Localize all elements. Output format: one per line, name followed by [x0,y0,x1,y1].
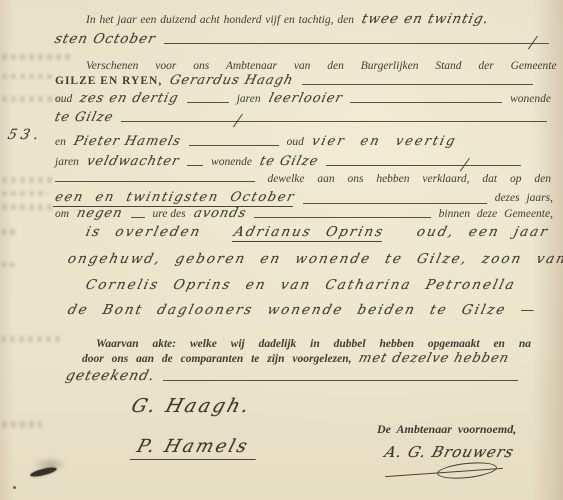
signature-witness1: G. Haagh. [129,395,254,417]
filler-rule [187,102,229,103]
declaration-intro-line: dewelke aan ons hebben verklaard, dat op… [55,173,551,185]
official-title-label: De Ambtenaar voornoemd, [377,422,516,436]
declarant2-details-line: jaren veldwachter wonende te Gilze [55,154,521,169]
dewelke-printed-text: dewelke aan ons hebben verklaard, dat op… [267,173,551,185]
filler-rule [121,121,547,122]
deceased-line3: Cornelis Oprins en van Catharina Petrone… [86,277,503,293]
death-date-line: een en twintigsten October dezes jaars, [55,190,553,207]
bleedthrough-mark [2,204,54,210]
deceased-name: Adrianus Oprins [232,224,386,242]
opening-printed-text: In het jaar een duizend acht honderd vij… [86,14,354,26]
handwritten-month: sten October [53,31,158,47]
bleedthrough-mark [2,74,52,79]
deceased-age: oud, een jaar [415,224,551,240]
appeared-printed-text: Verschenen voor ons Ambtenaar van den Bu… [86,60,557,72]
declarant2-residence: te Gilze [258,154,320,169]
filler-rule [303,203,487,204]
parents-names-text: Cornelis Oprins en van Catharina Petrone… [84,277,518,293]
filler-rule [189,145,279,146]
signature-flourish-loop [436,460,497,481]
handwritten-hour: negen [75,206,124,221]
filler-rule [254,217,431,218]
parents-residence-text: de Bont daglooners wonende beiden te Gil… [66,302,538,318]
binnen-gemeente-label: binnen deze Gemeente, [439,208,553,220]
bleedthrough-mark [1,229,19,235]
declarant1-details-line: oud zes en dertig jaren leerlooier wonen… [55,91,551,106]
deceased-line2: ongehuwd, geboren en wonende te Gilze, z… [68,251,547,267]
official-title-line: De Ambtenaar voornoemd, [377,420,516,438]
oud-label: oud [287,136,304,148]
wonende-label: wonende [211,156,252,168]
opening-month-line: sten October [55,31,549,47]
bleedthrough-mark [1,336,61,342]
voorgelezen-text: door ons aan de comparanten te zijn voor… [82,353,351,365]
declarant1-residence: te Gilze [53,110,115,125]
handwritten-met-dezelve: met dezelve hebben [358,351,512,366]
handwritten-geteekend: geteekend. [64,368,157,384]
municipality-label: GILZE EN RYEN, [55,75,162,87]
closing-line1: Waarvan akte: welke wij dadelijk in dubb… [96,334,531,352]
deceased-detail-text: ongehuwd, geboren en wonende te Gilze, z… [66,251,563,267]
jaren-label: jaren [237,93,261,105]
filler-rule [164,43,549,44]
ink-dot [13,486,16,489]
deceased-line4: de Bont daglooners wonende beiden te Gil… [68,302,518,318]
handwritten-daypart: avonds [192,206,248,221]
declarant2-occupation: veldwachter [85,154,181,169]
declarant2-age: vier en veertig [310,134,458,149]
opening-date-line: In het jaar een duizend acht honderd vij… [86,11,551,27]
filler-rule [326,165,521,166]
ure-des-label: ure des [153,208,186,220]
death-certificate-scan: In het jaar een duizend acht honderd vij… [0,0,563,500]
waarvan-akte-text: Waarvan akte: welke wij dadelijk in dubb… [96,338,531,350]
death-hour-line: om negen ure des avonds binnen deze Geme… [55,206,553,221]
filler-rule [55,181,255,182]
handwritten-death-date: een en twintigsten October [53,190,297,207]
declarant1-residence-line: te Gilze [55,110,547,125]
declarant2-name: Pieter Hamels [72,134,183,149]
deceased-line1: is overleden Adrianus Oprins oud, een ja… [86,224,549,242]
filler-rule [187,165,203,166]
bleedthrough-mark [2,191,48,196]
overleden-text: is overleden [84,224,203,240]
wonende-label: wonende [510,93,551,105]
closing-line2: door ons aan de comparanten te zijn voor… [82,351,551,366]
jaren-label: jaren [55,156,79,168]
bleedthrough-mark [2,96,60,102]
en-label: en [55,136,66,148]
filler-rule [163,380,518,381]
signature-witness2: P. Hamels [130,436,262,460]
signature-official: A. G. Brouwers [382,443,516,461]
oud-label: oud [55,93,72,105]
bleedthrough-mark [2,177,54,183]
declarant1-name-line: GILZE EN RYEN, Gerardus Haagh [55,73,533,88]
filler-rule [302,84,533,85]
bleedthrough-mark [2,421,42,428]
declarant1-name: Gerardus Haagh [168,73,295,88]
handwritten-day: twee en twintig. [360,11,491,27]
filler-rule [350,102,502,103]
filler-rule [131,217,145,218]
om-label: om [55,208,69,220]
bleedthrough-mark [1,262,15,267]
act-number: 53. [6,127,44,143]
closing-line3: geteekend. [66,368,518,384]
declarant1-occupation: leerlooier [267,91,344,106]
appeared-line: Verschenen voor ons Ambtenaar van den Bu… [86,56,557,74]
dezes-jaars-label: dezes jaars, [495,192,553,204]
declarant2-name-line: en Pieter Hamels oud vier en veertig [55,134,523,149]
declarant1-age: zes en dertig [78,91,180,106]
bleedthrough-mark [2,54,74,60]
